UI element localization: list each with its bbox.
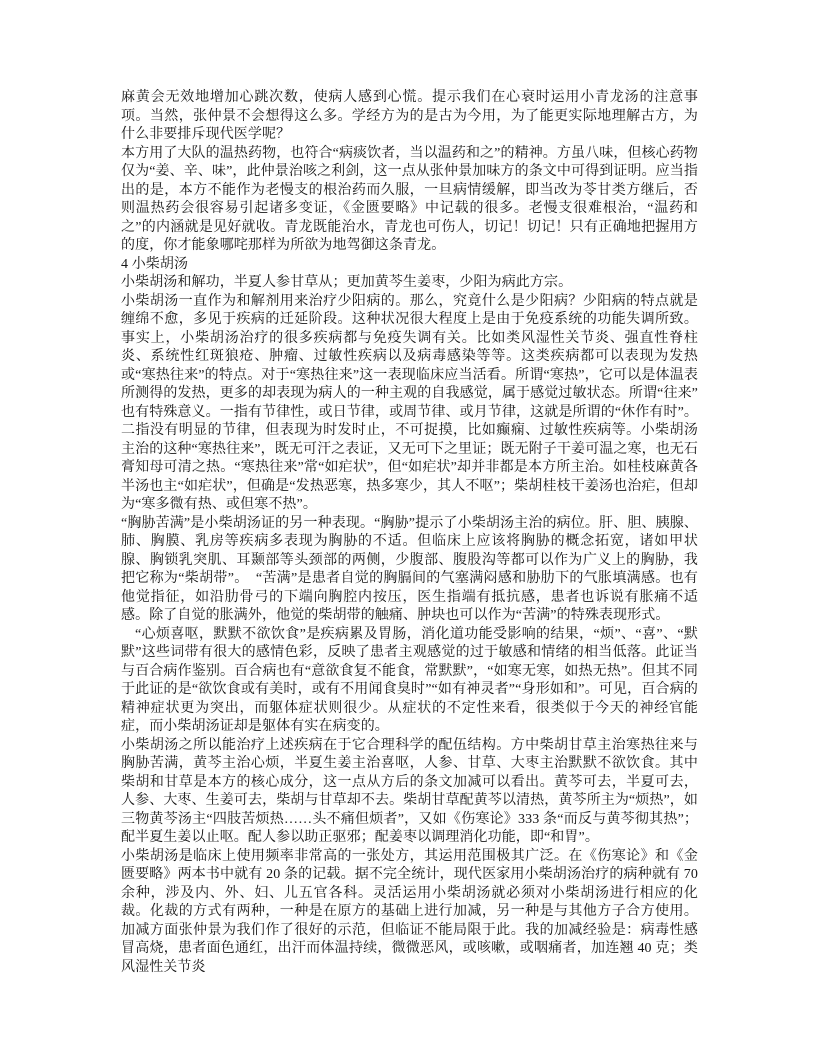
- paragraph-shaoyang-disease: 小柴胡汤一直作为和解剂用来治疗少阳病的。那么，究竟什么是少阳病？少阳病的特点就是…: [121, 293, 698, 515]
- verse-fangge: 小柴胡汤和解功，半夏人参甘草从；更加黄芩生姜枣，少阳为病此方宗。: [121, 274, 698, 293]
- paragraph-xinfan-xiou: “心烦喜呕，默默不欲饮食”是疾病累及胃肠，消化道功能受影响的结果，“烦”、“喜”…: [121, 626, 698, 737]
- paragraph-peiwu-structure: 小柴胡汤之所以能治疗上述疾病在于它合理科学的配伍结构。方中柴胡甘草主治寒热往来与…: [121, 737, 698, 848]
- section-heading-xiaochaihutang: 4 小柴胡汤: [121, 256, 698, 275]
- paragraph-xiaoqinglong-caution: 麻黄会无效地增加心跳次数，使病人感到心慌。提示我们在心衰时运用小青龙汤的注意事项…: [121, 89, 698, 145]
- paragraph-xiongxie-kuman: “胸胁苦满”是小柴胡汤证的另一种表现。“胸胁”提示了小柴胡汤主治的病位。肝、胆、…: [121, 515, 698, 626]
- text-block: 麻黄会无效地增加心跳次数，使病人感到心慌。提示我们在心衰时运用小青龙汤的注意事项…: [121, 89, 698, 977]
- paragraph-clinical-application: 小柴胡汤是临床上使用频率非常高的一张处方，其运用范围极其广泛。在《伤寒论》和《金…: [121, 848, 698, 978]
- document-page: 麻黄会无效地增加心跳次数，使病人感到心慌。提示我们在心衰时运用小青龙汤的注意事项…: [0, 0, 816, 1056]
- paragraph-wenyao-hezhi: 本方用了大队的温热药物，也符合“病痰饮者，当以温药和之”的精神。方虽八味，但核心…: [121, 145, 698, 256]
